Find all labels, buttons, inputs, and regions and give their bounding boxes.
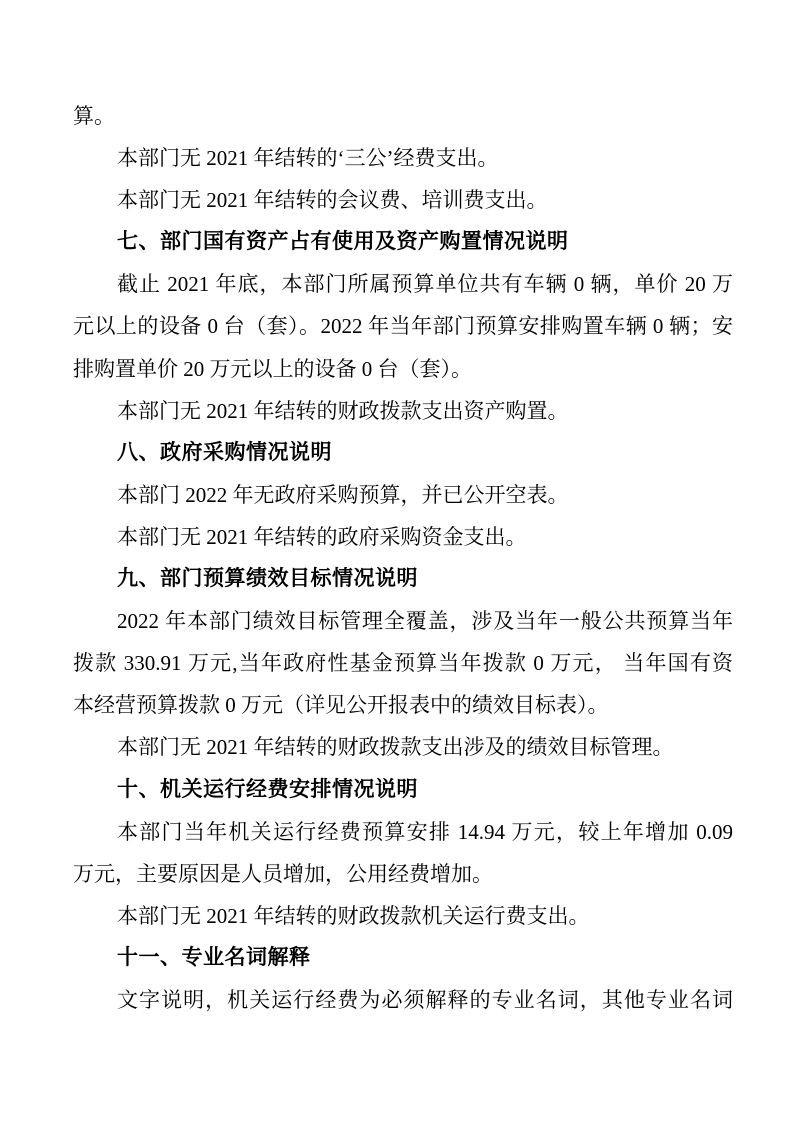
text-line: 本部门当年机关运行经费预算安排 14.94 万元，较上年增加 0.09 (73, 811, 733, 853)
text-line: 本部门 2022 年无政府采购预算，并已公开空表。 (73, 474, 733, 516)
text-line: 本部门无 2021 年结转的财政拨款机关运行费支出。 (73, 895, 733, 937)
text-line: 本部门无 2021 年结转的会议费、培训费支出。 (73, 179, 733, 221)
text-line: 本经营预算拨款 0 万元（详见公开报表中的绩效目标表）。 (73, 684, 733, 726)
text-line: 本部门无 2021 年结转的政府采购资金支出。 (73, 516, 733, 558)
text-line: 本部门无 2021 年结转的财政拨款支出涉及的绩效目标管理。 (73, 726, 733, 768)
text-line: 文字说明，机关运行经费为必须解释的专业名词，其他专业名词 (73, 979, 733, 1021)
section-heading: 十一、专业名词解释 (73, 937, 733, 979)
text-line: 排购置单价 20 万元以上的设备 0 台（套）。 (73, 348, 733, 390)
section-heading: 十、机关运行经费安排情况说明 (73, 769, 733, 811)
section-heading: 七、部门国有资产占有使用及资产购置情况说明 (73, 221, 733, 263)
text-line: 本部门无 2021 年结转的财政拨款支出资产购置。 (73, 390, 733, 432)
text-line: 截止 2021 年底，本部门所属预算单位共有车辆 0 辆，单价 20 万 (73, 263, 733, 305)
text-line: 算。 (73, 95, 733, 137)
text-line: 元以上的设备 0 台（套）。2022 年当年部门预算安排购置车辆 0 辆；安 (73, 305, 733, 347)
text-line: 万元，主要原因是人员增加，公用经费增加。 (73, 853, 733, 895)
text-line: 本部门无 2021 年结转的‘三公’经费支出。 (73, 137, 733, 179)
document-page: 算。 本部门无 2021 年结转的‘三公’经费支出。 本部门无 2021 年结转… (0, 0, 793, 1122)
text-line: 2022 年本部门绩效目标管理全覆盖，涉及当年一般公共预算当年 (73, 600, 733, 642)
section-heading: 九、部门预算绩效目标情况说明 (73, 558, 733, 600)
document-body: 算。 本部门无 2021 年结转的‘三公’经费支出。 本部门无 2021 年结转… (73, 95, 733, 1021)
text-line: 拨款 330.91 万元,当年政府性基金预算当年拨款 0 万元， 当年国有资 (73, 642, 733, 684)
section-heading: 八、政府采购情况说明 (73, 432, 733, 474)
